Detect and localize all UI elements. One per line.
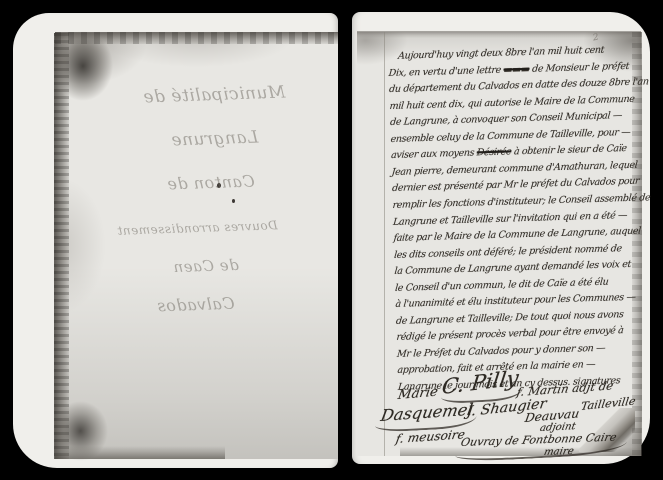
bleedthrough-line: Langrune bbox=[171, 127, 259, 150]
bleedthrough-line: Canton de bbox=[167, 171, 255, 193]
right-scan-sheet: 2 Aujourd'huy vingt deux 8bre l'an mil h… bbox=[352, 12, 650, 464]
manuscript-line: aviser aux moyens Désirée à obtenir le s… bbox=[391, 143, 628, 161]
manuscript-line: ensemble celuy de la Commune de Taillevi… bbox=[390, 127, 631, 145]
manuscript-line: faite par le Maire de la Commune de Lang… bbox=[393, 226, 641, 244]
signature: Tailleville bbox=[580, 394, 636, 413]
left-page-worn-edge-top bbox=[55, 32, 338, 44]
manuscript-line: de Langrune et Tailleville; De tout quoi… bbox=[396, 309, 625, 327]
bleedthrough-line: de Caen bbox=[173, 256, 239, 276]
bleedthrough-line: Douvres arrondissement bbox=[117, 218, 278, 238]
left-manuscript-page: Municipalité deLangruneCanton deDouvres … bbox=[55, 33, 338, 459]
manuscript-line: Jean pierre, demeurant commune d'Amathur… bbox=[391, 159, 638, 177]
manuscript-line: mil huit cent dix, qui autorise le Maire… bbox=[389, 93, 635, 111]
right-manuscript-page: 2 Aujourd'huy vingt deux 8bre l'an mil h… bbox=[357, 32, 641, 456]
manuscript-text-block: Aujourd'huy vingt deux 8bre l'an mil hui… bbox=[388, 44, 640, 51]
manuscript-line: la Commune de Langrune ayant demandé les… bbox=[394, 259, 631, 277]
left-page-worn-corner-bottom-left bbox=[53, 401, 108, 461]
struck-out-word: Désirée bbox=[476, 147, 512, 159]
left-scan-sheet: Municipalité deLangruneCanton deDouvres … bbox=[13, 13, 338, 468]
manuscript-line: dernier est présenté par Mr le préfet du… bbox=[392, 176, 640, 194]
left-page-worn-edge-bottom bbox=[55, 446, 225, 459]
manuscript-line: à l'unanimité et élu instituteur pour le… bbox=[395, 292, 636, 310]
signature: Marie bbox=[397, 385, 439, 403]
manuscript-line: Mr le Préfet du Calvados pour y donner s… bbox=[396, 343, 605, 360]
left-page-worn-edge-left bbox=[54, 33, 69, 459]
manuscript-line: de Langrune, à convoquer son Conseil Mun… bbox=[390, 110, 623, 128]
manuscript-line: Dix, en vertu d'une lettre ▬▬▬ de Monsie… bbox=[388, 60, 629, 78]
margin-fold-line bbox=[384, 32, 385, 456]
manuscript-scan: Municipalité deLangruneCanton deDouvres … bbox=[0, 0, 663, 480]
manuscript-line: remplir les fonctions d'instituteur; le … bbox=[392, 192, 651, 211]
ink-speck bbox=[232, 199, 235, 203]
left-page-worn-corner-top-left bbox=[53, 31, 113, 101]
page-number-mark: 2 bbox=[592, 33, 599, 44]
manuscript-line: Aujourd'huy vingt deux 8bre l'an mil hui… bbox=[398, 45, 605, 62]
struck-out-word: ▬▬▬ bbox=[503, 63, 530, 75]
manuscript-line: les dits conseils ont déféré; le préside… bbox=[394, 243, 623, 261]
manuscript-line: rédigé le présent procès verbal pour êtr… bbox=[396, 325, 624, 343]
manuscript-line: Langrune et Tailleville sur l'invitation… bbox=[393, 209, 628, 227]
manuscript-line: le Conseil d'un commun, le dit de Caïe a… bbox=[395, 276, 609, 293]
bleedthrough-line: Calvados bbox=[157, 294, 235, 316]
bleedthrough-line: Municipalité de bbox=[143, 83, 286, 108]
manuscript-line: du département du Calvados en datte des … bbox=[389, 76, 650, 95]
